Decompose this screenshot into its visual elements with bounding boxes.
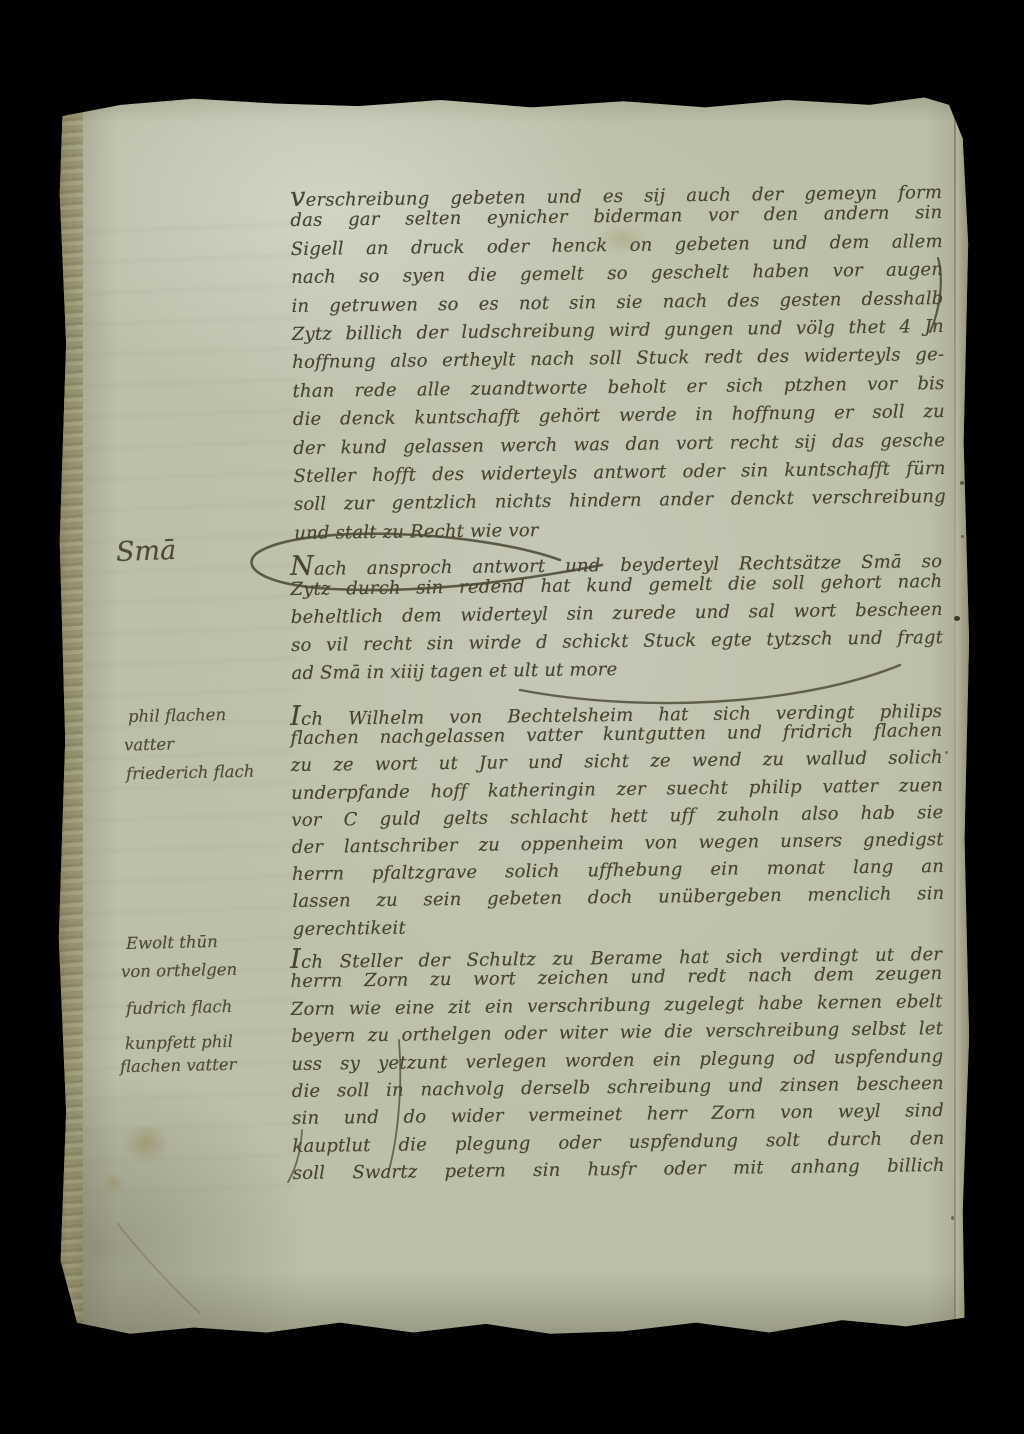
- fold-crease: [117, 1223, 200, 1313]
- margin-note-kunpfett-phil: kunpfett phil: [125, 1032, 233, 1053]
- ink-speck: [961, 535, 964, 538]
- margin-note-ewolt-thun: Ewolt thūn: [126, 932, 218, 953]
- deckle-edge: [57, 95, 83, 1335]
- paper-stain: [123, 1123, 169, 1163]
- margin-note-flachen-vatter: flachen vatter: [120, 1055, 237, 1076]
- photo-backdrop: verschreibung gebeten und es sij auch de…: [0, 0, 1024, 1434]
- paper-stain: [101, 1173, 125, 1193]
- ink-speck: [945, 751, 948, 754]
- manuscript-paragraph-2: Nach ansproch antwort und beyderteyl Rec…: [290, 543, 944, 691]
- margin-note-vatter: vatter: [124, 734, 174, 754]
- ink-speck: [951, 1216, 954, 1220]
- margin-note-friederich: friederich flach: [126, 762, 255, 784]
- right-fold-crease: [954, 103, 956, 1323]
- manuscript-page: verschreibung gebeten und es sij auch de…: [57, 95, 970, 1335]
- right-page-edge: [955, 99, 970, 1329]
- manuscript-paragraph-3: Ich Wilhelm von Bechtelsheim hat sich ve…: [290, 693, 945, 946]
- manuscript-paragraph-1: verschreibung gebeten und es sij auch de…: [290, 174, 946, 551]
- margin-note-von-orthelgen: von orthelgen: [121, 960, 238, 981]
- ink-speck: [960, 481, 964, 485]
- margin-note-fudrich-flach: fudrich flach: [126, 997, 233, 1018]
- margin-note-summa: Smā: [115, 535, 176, 568]
- manuscript-paragraph-4: Ich Steller der Schultz zu Berame hat si…: [290, 936, 945, 1190]
- margin-note-phil-flachen: phil flachen: [128, 705, 226, 726]
- wormhole-speck: [954, 616, 960, 621]
